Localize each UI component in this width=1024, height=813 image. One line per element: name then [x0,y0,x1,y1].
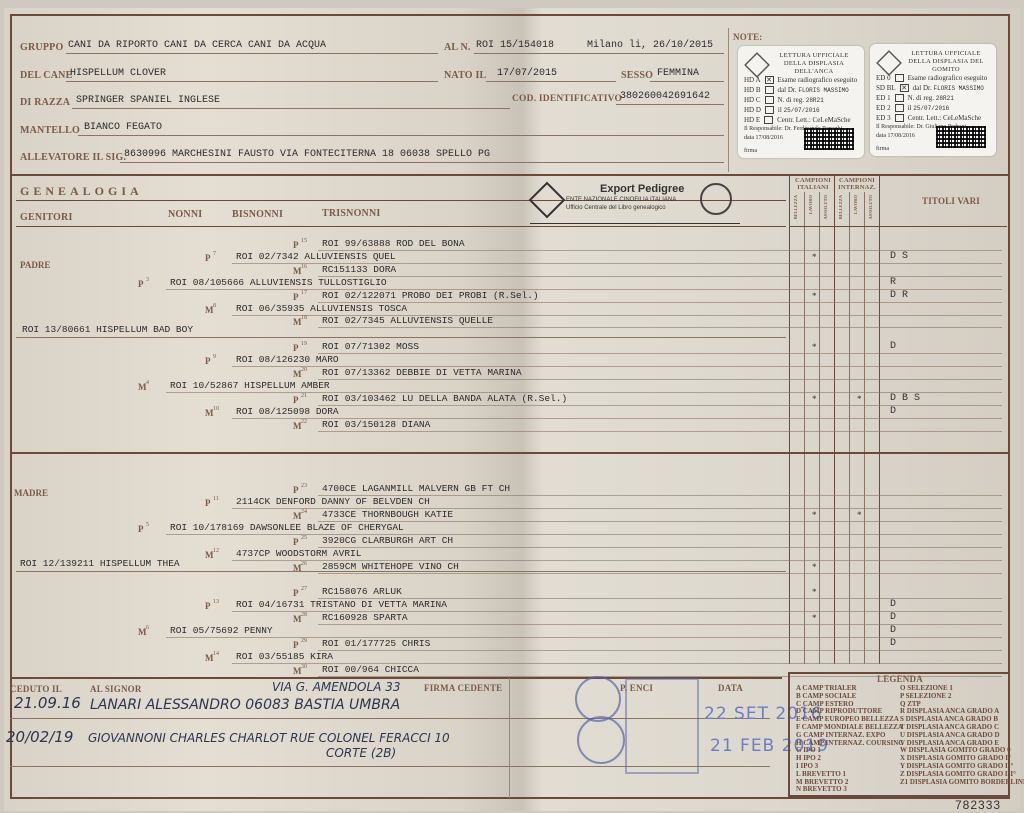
titoli-value: D [890,599,896,610]
legend-item: Z1 DISPLASIA GOMITO BORDERLINE [900,778,1024,786]
titoli-value: D B S [890,393,920,404]
underline [616,104,724,105]
pedigree-position-label: P [293,640,299,650]
pedigree-ancestor: ROI 03/55185 KIRA [236,651,333,662]
legend-item: D CAMP RIPRODUTTORE [796,707,882,715]
pedigree-ancestor: RC160928 SPARTA [322,612,408,623]
legend-item: N BREVETTO 3 [796,785,847,793]
pedigree-ancestor: ROI 02/122071 PROBO DEI PROBI (R.Sel.) [322,290,539,301]
checkbox-icon [765,96,774,104]
legend-item: L BREVETTO 1 [796,770,846,778]
campioni-italiani-header: CAMPIONI ITALIANI [793,177,833,191]
pedigree-ancestor: ROI 03/150128 DIANA [322,419,430,430]
titoli-value: D [890,638,896,649]
titoli-value: D [890,341,896,352]
legend-item: Q ZTP [900,700,921,708]
card-title: LETTURA UFFICIALE DELLA DISPLASIA DELL'A… [774,52,854,76]
pedigree-ancestor: ROI 10/178169 DAWSONLEE BLAZE OF CHERYGA… [170,522,404,533]
legend-item: G CAMP INTERNAZ. EXPO [796,731,885,739]
al-signor-label: AL SIGNOR [90,684,142,694]
pedigree-position-label: P [293,537,299,547]
legend-item: H CAMP INTERNAZ. COURSING [796,739,904,747]
del-cane-label: DEL CANE [20,70,72,81]
titoli-value: D [890,612,896,623]
pedigree-position-label: P [205,253,211,263]
checkbox-icon [895,114,904,122]
col-nonni: NONNI [168,209,202,220]
col-trisnonni: TRISNONNI [322,208,380,219]
transfer-name-2: GIOVANNONI CHARLES CHARLOT RUE COLONEL F… [88,731,450,745]
legend-item: Y DISPLASIA GOMITO GRADO II° [900,762,1013,770]
champion-star-icon: * [812,394,817,404]
pedigree-ancestor: ROI 08/126230 MARO [236,354,339,365]
champion-star-icon: * [857,510,862,520]
di-razza-label: DI RAZZA [20,97,70,108]
champion-star-icon: * [812,291,817,301]
legend-item: U DISPLASIA ANCA GRADO D [900,731,1000,739]
place-date: Milano li, 26/10/2015 [587,40,713,51]
qr-code-icon [804,128,854,150]
pedigree-ancestor: ROI 07/13362 DEBBIE DI VETTA MARINA [322,367,522,378]
titoli-value: D R [890,290,908,301]
campioni-internaz-header: CAMPIONI INTERNAZ. [837,177,877,191]
pedigree-position-label: P [205,601,211,611]
pedigree-position-label: P [293,240,299,250]
sesso-label: SESSO [621,70,653,81]
pedigree-position-label: P [293,588,299,598]
dog-name: HISPELLUM CLOVER [70,68,166,79]
legend-item: V DISPLASIA ANCA GRADO E [900,739,999,747]
padre-name: ROI 13/80661 HISPELLUM BAD BOY [22,324,193,335]
pedigree-position-label: P [138,279,144,289]
firma-cedente-label: FIRMA CEDENTE [424,683,502,693]
registration-number: ROI 15/154018 [476,40,554,51]
nato-il-label: NATO IL [444,70,486,81]
pedigree-ancestor: ROI 99/63888 ROD DEL BONA [322,238,465,249]
checkbox-icon [765,86,774,94]
round-seal-icon [700,183,732,215]
al-n-label: AL N. [444,42,471,53]
legend-item: R DISPLASIA ANCA GRADO A [900,707,999,715]
col-genitori: GENITORI [20,212,73,223]
pedigree-ancestor: RC158076 ARLUK [322,586,402,597]
elbow-dysplasia-card: LETTURA UFFICIALE DELLA DISPLASIA DEL GO… [870,44,996,156]
sex-value: FEMMINA [657,68,699,79]
section-divider [12,174,1008,176]
breeder-value: 8630996 MARCHESINI FAUSTO VIA FONTECITER… [124,149,490,160]
legend-item: T DISPLASIA ANCA GRADO C [900,723,999,731]
qr-code-icon [936,126,986,148]
underline [474,53,724,54]
hip-dysplasia-card: LETTURA UFFICIALE DELLA DISPLASIA DELL'A… [738,46,864,158]
transfer-date-1: 21.09.16 [14,694,81,712]
legend-item: G IPO 1 [796,746,821,754]
pedigree-ancestor: ROI 04/16731 TRISTANO DI VETTA MARINA [236,599,447,610]
pedigree-position-label: P [205,498,211,508]
genealogia-title: GENEALOGIA [20,184,143,199]
export-pedigree-stamp: Export Pedigree ENTE NAZIONALE CINOFILIA… [530,183,780,228]
pedigree-ancestor: ROI 00/964 CHICCA [322,664,419,675]
legend-item: F CAMP MONDIALE BELLEZZA [796,723,903,731]
transfer-address-1: VIA G. AMENDOLA 33 [272,680,400,694]
legenda-title: LEGENDA [877,674,923,684]
pedigree-ancestor: ROI 08/105666 ALLUVIENSIS TULLOSTIGLIO [170,277,387,288]
pedigree-ancestor: 3920CG CLARBURGH ART CH [322,535,453,546]
pedigree-ancestor: 2114CK DENFORD DANNY OF BELVDEN CH [236,496,430,507]
legend-item: O SELEZIONE 1 [900,684,953,692]
enci-round-stamp-icon [577,716,625,764]
pedigree-position-label: P [293,485,299,495]
pedigree-ancestor: ROI 01/177725 CHRIS [322,638,430,649]
transfer-address-2: CORTE (2B) [326,746,396,760]
checkbox-checked-icon: ✕ [900,84,909,92]
enci-logo-icon [876,50,902,76]
pedigree-ancestor: ROI 02/7342 ALLUVIENSIS QUEL [236,251,396,262]
champion-star-icon: * [857,394,862,404]
pedigree-ancestor: RC151133 DORA [322,264,396,275]
gruppo-value: CANI DA RIPORTO CANI DA CERCA CANI DA AC… [68,40,326,51]
pedigree-position-label: P [293,292,299,302]
madre-label: MADRE [14,488,48,498]
legend-item: W DISPLASIA GOMITO GRADO 0 [900,746,1011,754]
pedigree-ancestor: 4737CP WOODSTORM AVRIL [236,548,361,559]
checkbox-icon [895,94,904,102]
titoli-value: D [890,406,896,417]
pedigree-ancestor: ROI 06/35935 ALLUVIENSIS TOSCA [236,303,407,314]
underline [120,162,724,163]
madre-name: ROI 12/139211 HISPELLUM THEA [20,558,180,569]
checkbox-icon [764,116,773,124]
coat-value: BIANCO FEGATO [84,122,162,133]
gruppo-label: GRUPPO [20,42,63,53]
pedigree-ancestor: 2859CM WHITEHOPE VINO CH [322,561,459,572]
champion-star-icon: * [812,562,817,572]
pedigree-position-label: P [138,524,144,534]
allevatore-label: ALLEVATORE IL SIG. [20,152,126,163]
enci-diamond-logo-icon [529,182,566,219]
note-divider [728,28,729,172]
card-title: LETTURA UFFICIALE DELLA DISPLASIA DEL GO… [906,50,986,74]
champion-star-icon: * [812,510,817,520]
pedigree-ancestor: ROI 07/71302 MOSS [322,341,419,352]
legend-item: E CAMP EUROPEO BELLEZZA [796,715,899,723]
checkbox-icon [895,104,904,112]
titoli-value: R [890,277,896,288]
champion-star-icon: * [812,587,817,597]
pedigree-ancestor: ROI 03/103462 LU DELLA BANDA ALATA (R.Se… [322,393,567,404]
checkbox-icon [765,106,774,114]
pedigree-ancestor: ROI 02/7345 ALLUVIENSIS QUELLE [322,315,493,326]
pedigree-position-label: P [205,356,211,366]
breed-value: SPRINGER SPANIEL INGLESE [76,95,220,106]
transfer-date-2: 20/02/19 [6,728,73,746]
legend-item: Z DISPLASIA GOMITO GRADO III° [900,770,1016,778]
legend-item: M BREVETTO 2 [796,778,848,786]
enci-logo-icon [744,52,770,78]
checkbox-icon [895,74,904,82]
legend-item: S DISPLASIA ANCA GRADO B [900,715,998,723]
note-label: NOTE: [733,32,763,42]
titoli-value: D S [890,251,908,262]
legend-item: X DISPLASIA GOMITO GRADO I° [900,754,1011,762]
birth-date: 17/07/2015 [497,68,557,79]
serial-number: 782333 [955,798,1001,812]
underline [72,108,510,109]
titoli-value: D [890,625,896,636]
ceduto-il-label: CEDUTO IL [10,684,62,694]
president-signature-stamp [625,678,699,774]
legend-item: H IPO 2 [796,754,821,762]
underline [66,81,438,82]
pedigree-ancestor: ROI 05/75692 PENNY [170,625,273,636]
microchip-code: 380260042691642 [620,91,710,102]
champion-star-icon: * [812,342,817,352]
padre-label: PADRE [20,260,50,270]
legend-item: A CAMP TRIALER [796,684,857,692]
pedigree-ancestor: ROI 10/52867 HISPELLUM AMBER [170,380,330,391]
titoli-vari-header: TITOLI VARI [922,196,980,206]
legend-item: C CAMP ESTERO [796,700,854,708]
champion-star-icon: * [812,252,817,262]
underline [66,53,438,54]
transfer-name-1: LANARI ALESSANDRO 06083 BASTIA UMBRA [90,697,400,713]
underline [650,81,724,82]
checkbox-checked-icon: ✕ [765,76,774,84]
pedigree-position-label: P [293,343,299,353]
champion-star-icon: * [812,613,817,623]
legend-item: P SELEZIONE 2 [900,692,951,700]
cod-identificativo-label: COD. IDENTIFICATIVO [512,94,622,104]
pedigree-ancestor: ROI 08/125098 DORA [236,406,339,417]
col-bisnonni: BISNONNI [232,209,283,220]
data-label: DATA [718,683,743,693]
underline [78,135,724,136]
underline [486,81,616,82]
pedigree-ancestor: 4700CE LAGANMILL MALVERN GB FT CH [322,483,510,494]
legend-item: B CAMP SOCIALE [796,692,856,700]
pedigree-position-label: P [293,395,299,405]
legend-item: I IPO 3 [796,762,818,770]
mantello-label: MANTELLO [20,125,80,136]
pedigree-ancestor: 4733CE THORNBOUGH KATIE [322,509,453,520]
